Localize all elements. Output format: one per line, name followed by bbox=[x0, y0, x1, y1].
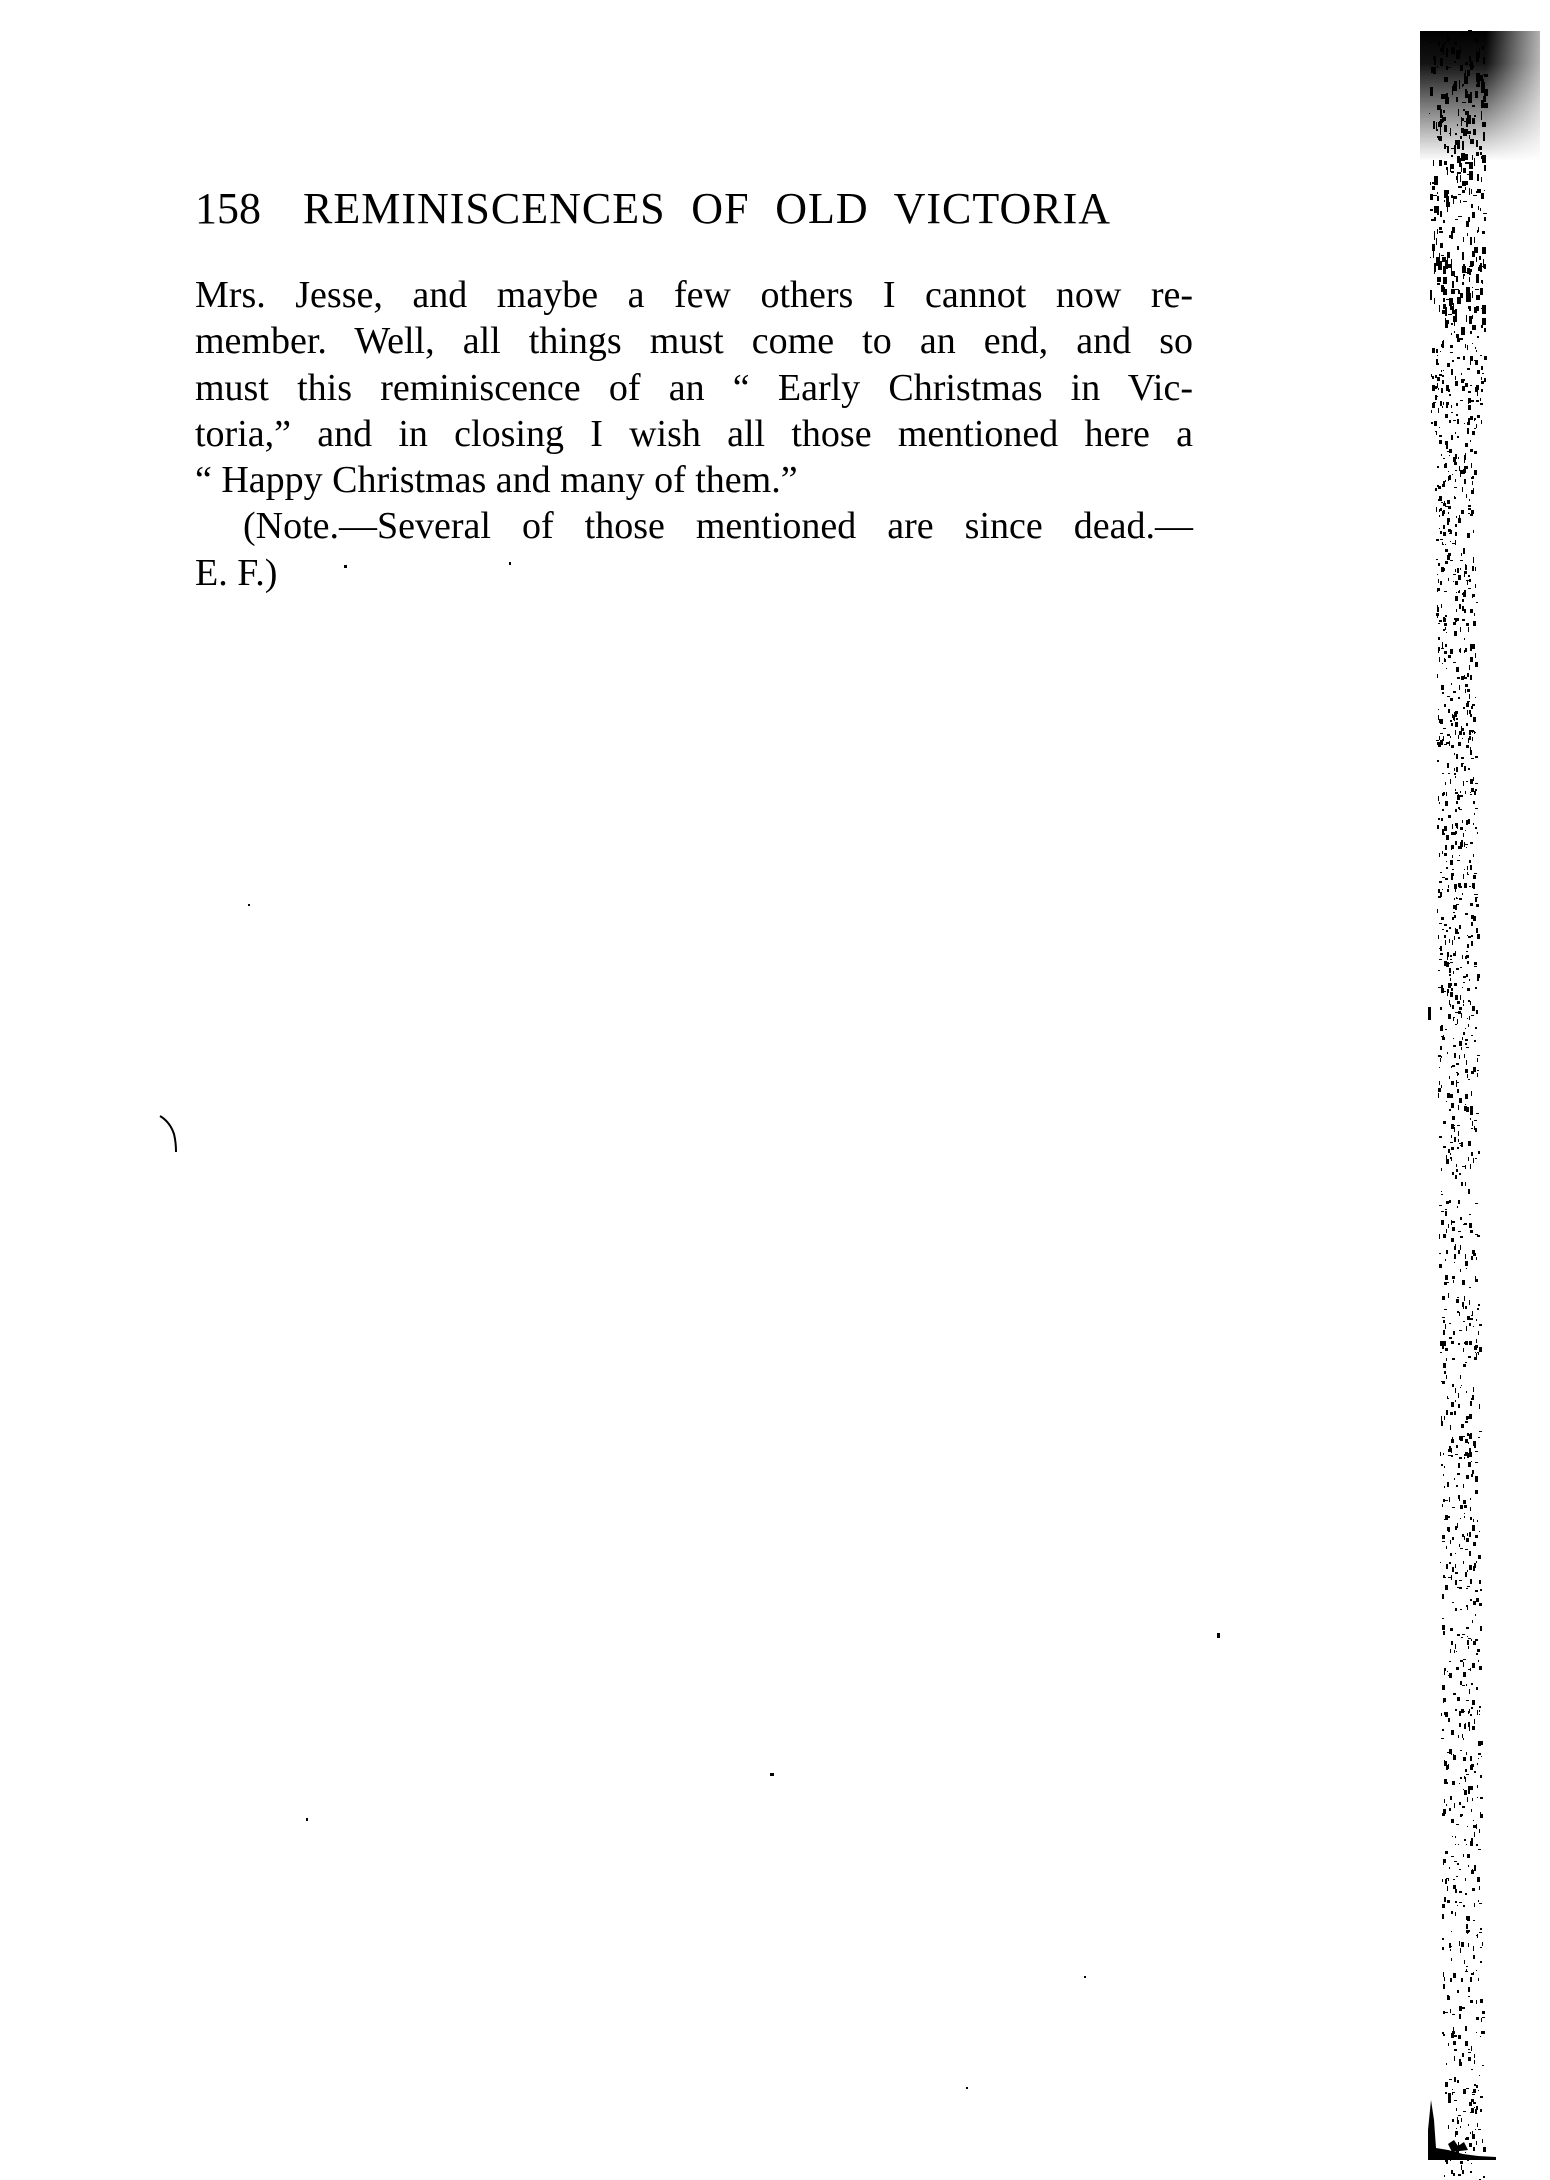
note-signature-line: E. F.) bbox=[195, 550, 1193, 596]
running-title: REMINISCENCES OF OLD VICTORIA bbox=[303, 186, 1111, 232]
scan-speck bbox=[1428, 1007, 1431, 1020]
text-line: member. Well, all things must come to an… bbox=[195, 318, 1193, 364]
scan-speck bbox=[248, 904, 250, 906]
body-text: Mrs. Jesse, and maybe a few others I can… bbox=[195, 272, 1193, 596]
text-line: must this reminiscence of an “ Early Chr… bbox=[195, 365, 1193, 411]
scan-speck bbox=[966, 2087, 968, 2089]
book-page: 158 REMINISCENCES OF OLD VICTORIA Mrs. J… bbox=[0, 0, 1550, 2180]
stray-pen-mark bbox=[156, 1112, 186, 1158]
binding-edge-noise bbox=[1415, 30, 1550, 2180]
scan-speck bbox=[770, 1773, 774, 1776]
scan-speck bbox=[1084, 1976, 1086, 1978]
text-line: Mrs. Jesse, and maybe a few others I can… bbox=[195, 272, 1193, 318]
binding-shadow-bottom bbox=[1428, 2100, 1498, 2160]
scan-speck bbox=[306, 1818, 308, 1821]
scan-speck bbox=[509, 562, 511, 565]
running-header: 158 REMINISCENCES OF OLD VICTORIA bbox=[195, 186, 1115, 232]
text-line: toria,” and in closing I wish all those … bbox=[195, 411, 1193, 457]
note-line: (Note.—Several of those mentioned are si… bbox=[195, 503, 1193, 549]
scan-speck bbox=[344, 565, 347, 568]
page-number: 158 bbox=[195, 186, 261, 232]
scan-speck bbox=[1217, 1633, 1220, 1638]
text-line: “ Happy Christmas and many of them.” bbox=[195, 457, 1193, 503]
